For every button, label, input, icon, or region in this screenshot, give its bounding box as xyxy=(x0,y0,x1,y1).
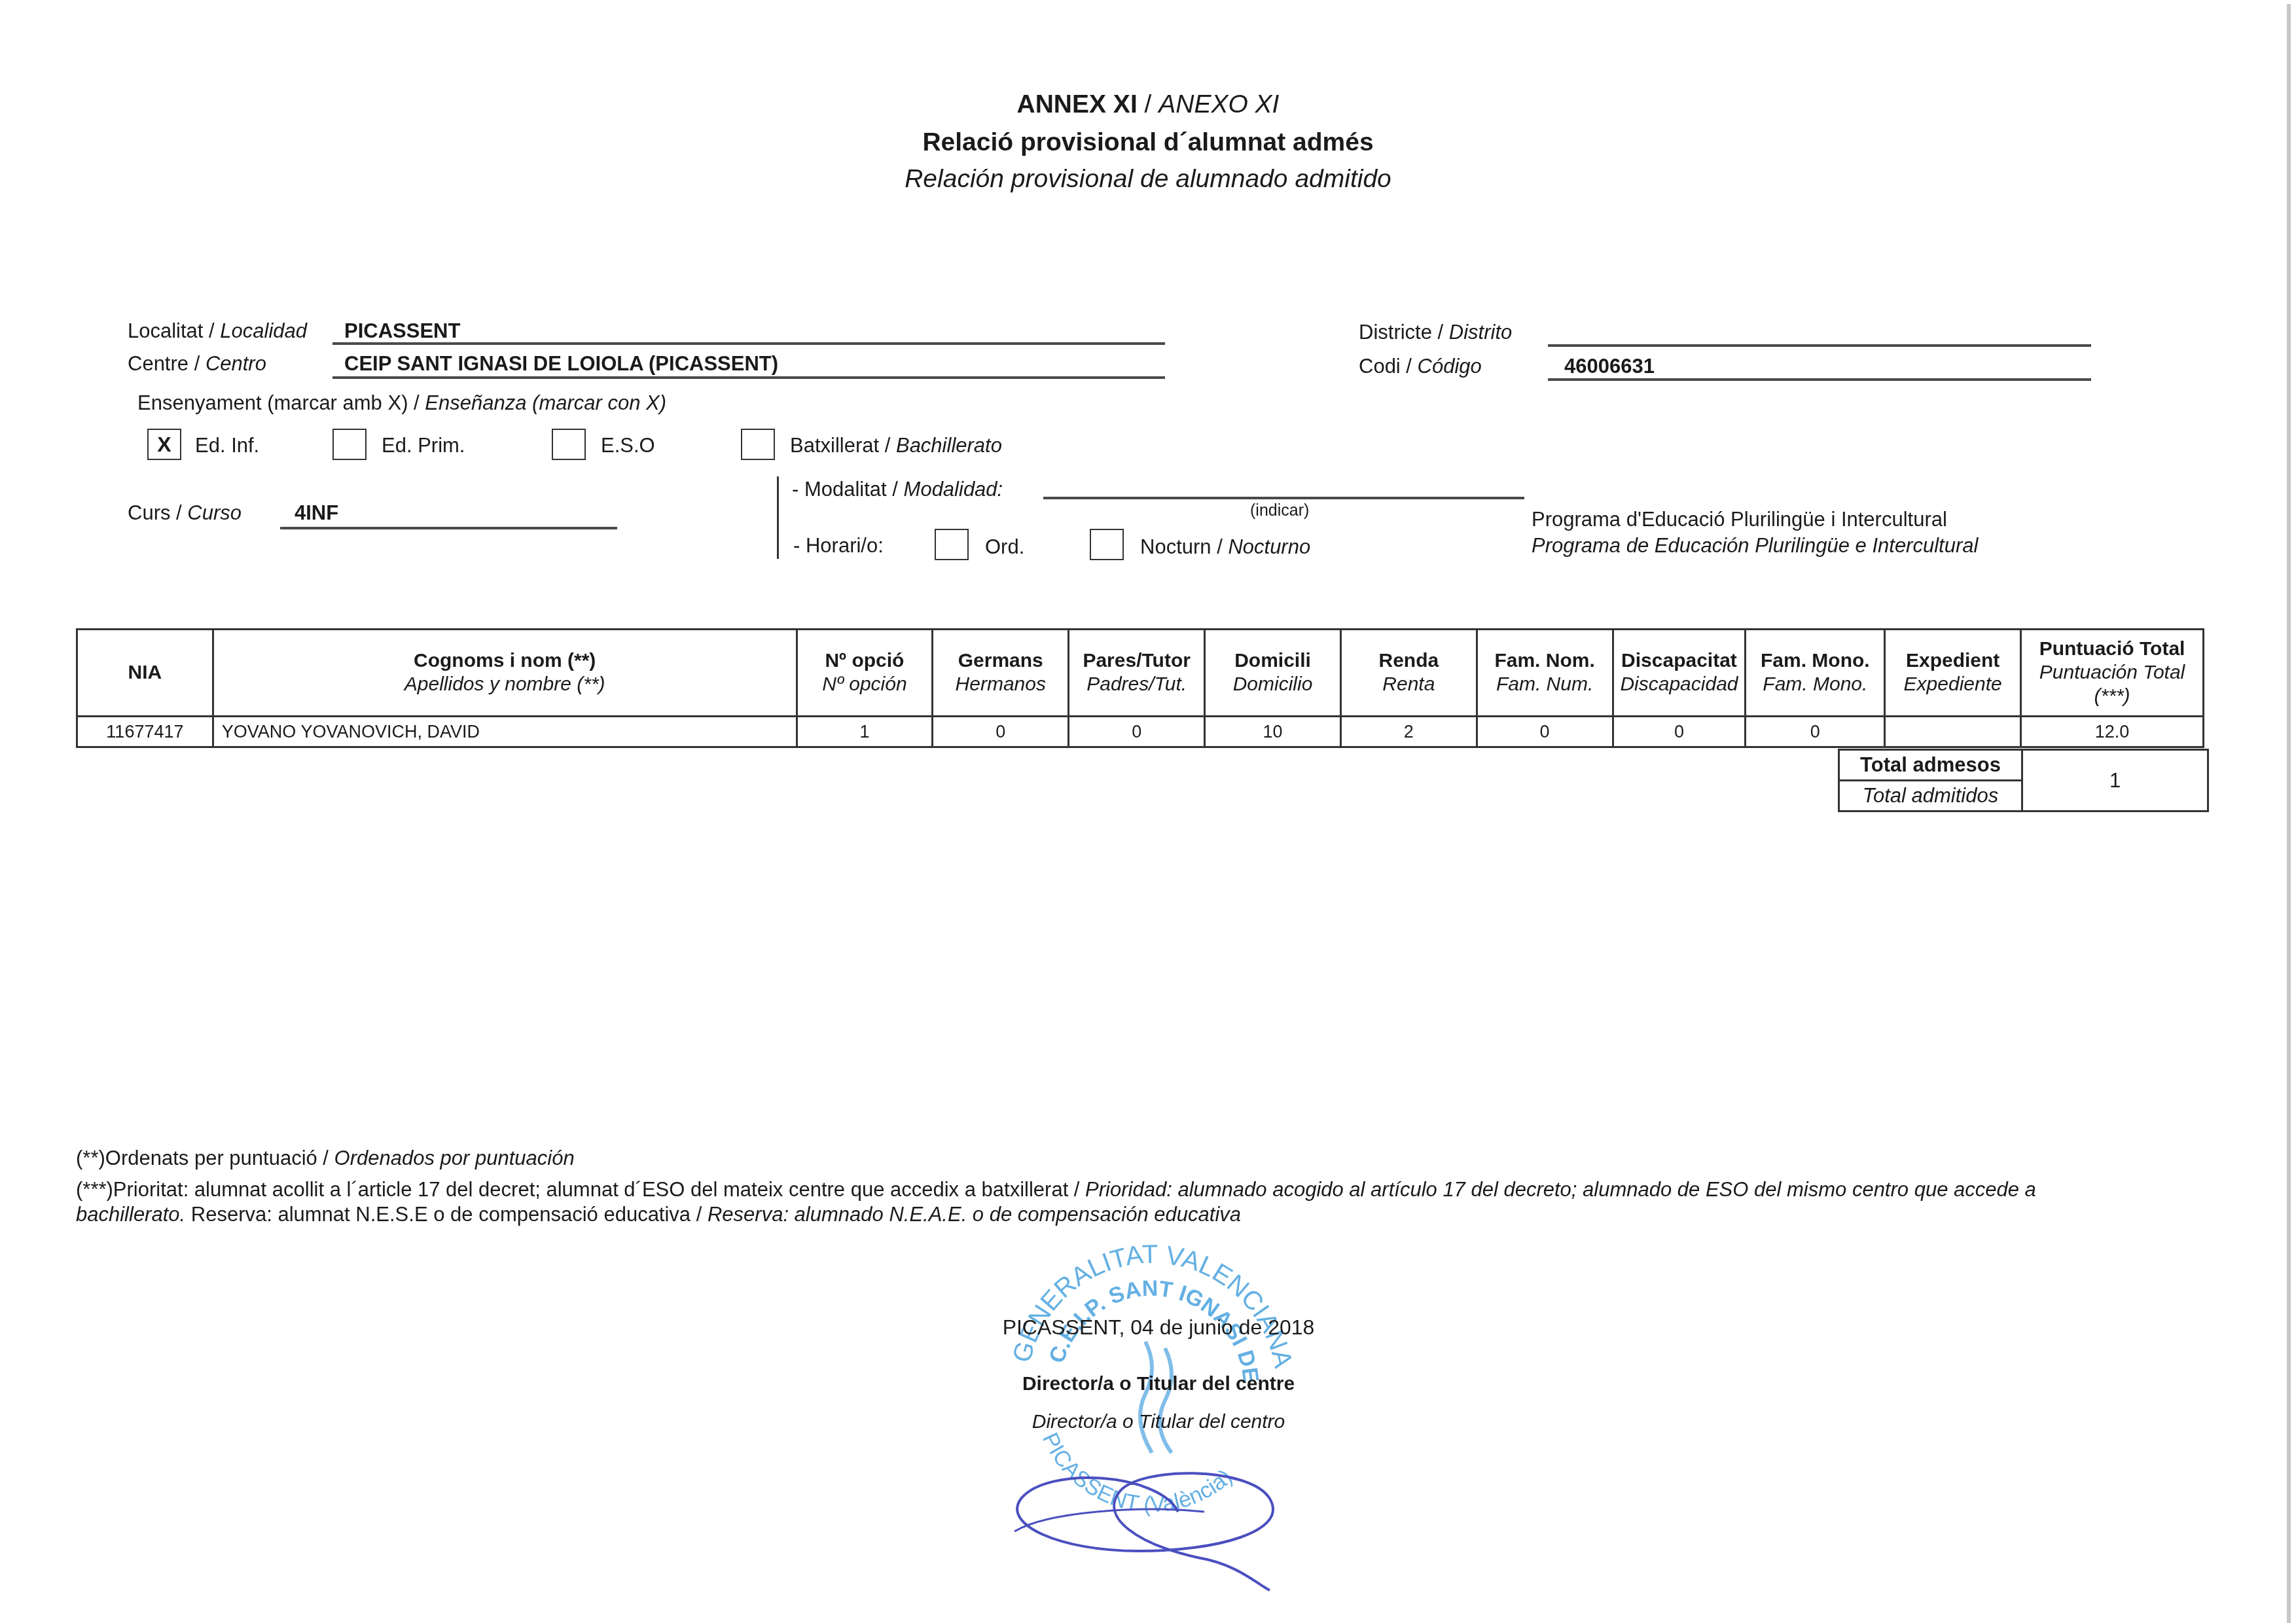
place-date: PICASSENT, 04 de junio de 2018 xyxy=(903,1315,1414,1340)
title-ca: Relació provisional d´alumnat admés xyxy=(0,128,2296,157)
districte-label: Districte / Distrito xyxy=(1359,321,1512,344)
total-label-es: Total admitidos xyxy=(1839,781,2022,811)
programa-es: Programa de Educación Plurilingüe e Inte… xyxy=(1532,534,1978,558)
codi-underline xyxy=(1548,378,2091,381)
cell-address: 10 xyxy=(1205,717,1341,747)
cell-nia: 11677417 xyxy=(77,717,213,747)
total-value: 1 xyxy=(2022,750,2208,811)
cell-single-parent: 0 xyxy=(1746,717,1885,747)
checkbox-ord[interactable] xyxy=(935,529,969,560)
col-siblings: GermansHermanos xyxy=(933,630,1069,717)
cell-total-score: 12.0 xyxy=(2021,717,2204,747)
centre-label: Centre / Centro xyxy=(128,352,266,376)
checkbox-ed-prim[interactable] xyxy=(332,429,367,460)
ed-inf-label: Ed. Inf. xyxy=(195,434,259,457)
note-priority-line2: bachillerato. Reserva: alumnat N.E.S.E o… xyxy=(76,1203,1241,1226)
note-priority-line1: (***)Prioritat: alumnat acollit a l´arti… xyxy=(76,1178,2036,1202)
nocturn-label: Nocturn / Nocturno xyxy=(1140,535,1310,559)
col-name: Cognoms i nom (**)Apellidos y nombre (**… xyxy=(213,630,797,717)
col-option: Nº opcióNº opción xyxy=(797,630,933,717)
ed-prim-label: Ed. Prim. xyxy=(382,434,465,457)
cell-name: YOVANO YOVANOVICH, DAVID xyxy=(213,717,797,747)
modalitat-label: - Modalitat / Modalidad: xyxy=(792,478,1003,501)
indicar-hint: (indicar) xyxy=(1250,501,1309,520)
checkbox-ed-inf[interactable]: X xyxy=(147,429,181,460)
checkbox-nocturn[interactable] xyxy=(1090,529,1124,560)
annex-title: ANNEX XI / ANEXO XI xyxy=(0,90,2296,119)
cell-parents: 0 xyxy=(1069,717,1205,747)
localitat-field[interactable]: PICASSENT xyxy=(344,319,460,343)
batxillerat-label: Batxillerat / Bachillerato xyxy=(790,434,1002,457)
signatory-role-ca: Director/a o Titular del centre xyxy=(903,1373,1414,1395)
title-es: Relación provisional de alumnado admitid… xyxy=(0,165,2296,194)
totals-table: Total admesos 1 Total admitidos xyxy=(1838,749,2209,812)
cell-record xyxy=(1885,717,2021,747)
signatory-role-es: Director/a o Titular del centro xyxy=(903,1411,1414,1433)
localitat-label: Localitat / Localidad xyxy=(128,319,307,343)
col-disability: DiscapacitatDiscapacidad xyxy=(1613,630,1746,717)
col-address: DomiciliDomicilio xyxy=(1205,630,1341,717)
cell-income: 2 xyxy=(1340,717,1477,747)
ensenyament-label: Ensenyament (marcar amb X) / Enseñanza (… xyxy=(137,391,666,415)
cell-disability: 0 xyxy=(1613,717,1746,747)
col-record: ExpedientExpediente xyxy=(1885,630,2021,717)
divider xyxy=(777,476,779,559)
scan-edge xyxy=(2287,4,2291,1623)
col-total-score: Puntuació TotalPuntuación Total (***) xyxy=(2021,630,2204,717)
eso-label: E.S.O xyxy=(601,434,655,457)
cell-option: 1 xyxy=(797,717,933,747)
checkbox-batxillerat[interactable] xyxy=(741,429,775,460)
curs-underline xyxy=(280,527,617,529)
horari-label: - Horari/o: xyxy=(793,534,884,558)
districte-underline xyxy=(1548,344,2091,347)
curs-label: Curs / Curso xyxy=(128,501,242,525)
admitted-students-table: NIA Cognoms i nom (**)Apellidos y nombre… xyxy=(76,628,2204,748)
centre-underline xyxy=(332,376,1165,379)
note-ordering: (**)Ordenats per puntuació / Ordenados p… xyxy=(76,1147,575,1170)
cell-siblings: 0 xyxy=(933,717,1069,747)
table-row: 11677417 YOVANO YOVANOVICH, DAVID 1 0 0 … xyxy=(77,717,2204,747)
col-single-parent: Fam. Mono.Fam. Mono. xyxy=(1746,630,1885,717)
ord-label: Ord. xyxy=(985,535,1024,559)
curs-field[interactable]: 4INF xyxy=(295,501,338,525)
table-header-row: NIA Cognoms i nom (**)Apellidos y nombre… xyxy=(77,630,2204,717)
codi-label: Codi / Código xyxy=(1359,355,1482,378)
col-parents: Pares/TutorPadres/Tut. xyxy=(1069,630,1205,717)
modalitat-field[interactable] xyxy=(1043,497,1524,499)
centre-field[interactable]: CEIP SANT IGNASI DE LOIOLA (PICASSENT) xyxy=(344,352,778,376)
localitat-underline xyxy=(332,342,1165,345)
cell-large-family: 0 xyxy=(1477,717,1613,747)
col-nia: NIA xyxy=(77,630,213,717)
col-income: RendaRenta xyxy=(1340,630,1477,717)
programa-ca: Programa d'Educació Plurilingüe i Interc… xyxy=(1532,508,1947,531)
col-large-family: Fam. Nom.Fam. Num. xyxy=(1477,630,1613,717)
codi-field[interactable]: 46006631 xyxy=(1564,355,1655,378)
signature-icon xyxy=(1008,1459,1309,1597)
total-label-ca: Total admesos xyxy=(1839,750,2022,781)
checkbox-eso[interactable] xyxy=(552,429,586,460)
